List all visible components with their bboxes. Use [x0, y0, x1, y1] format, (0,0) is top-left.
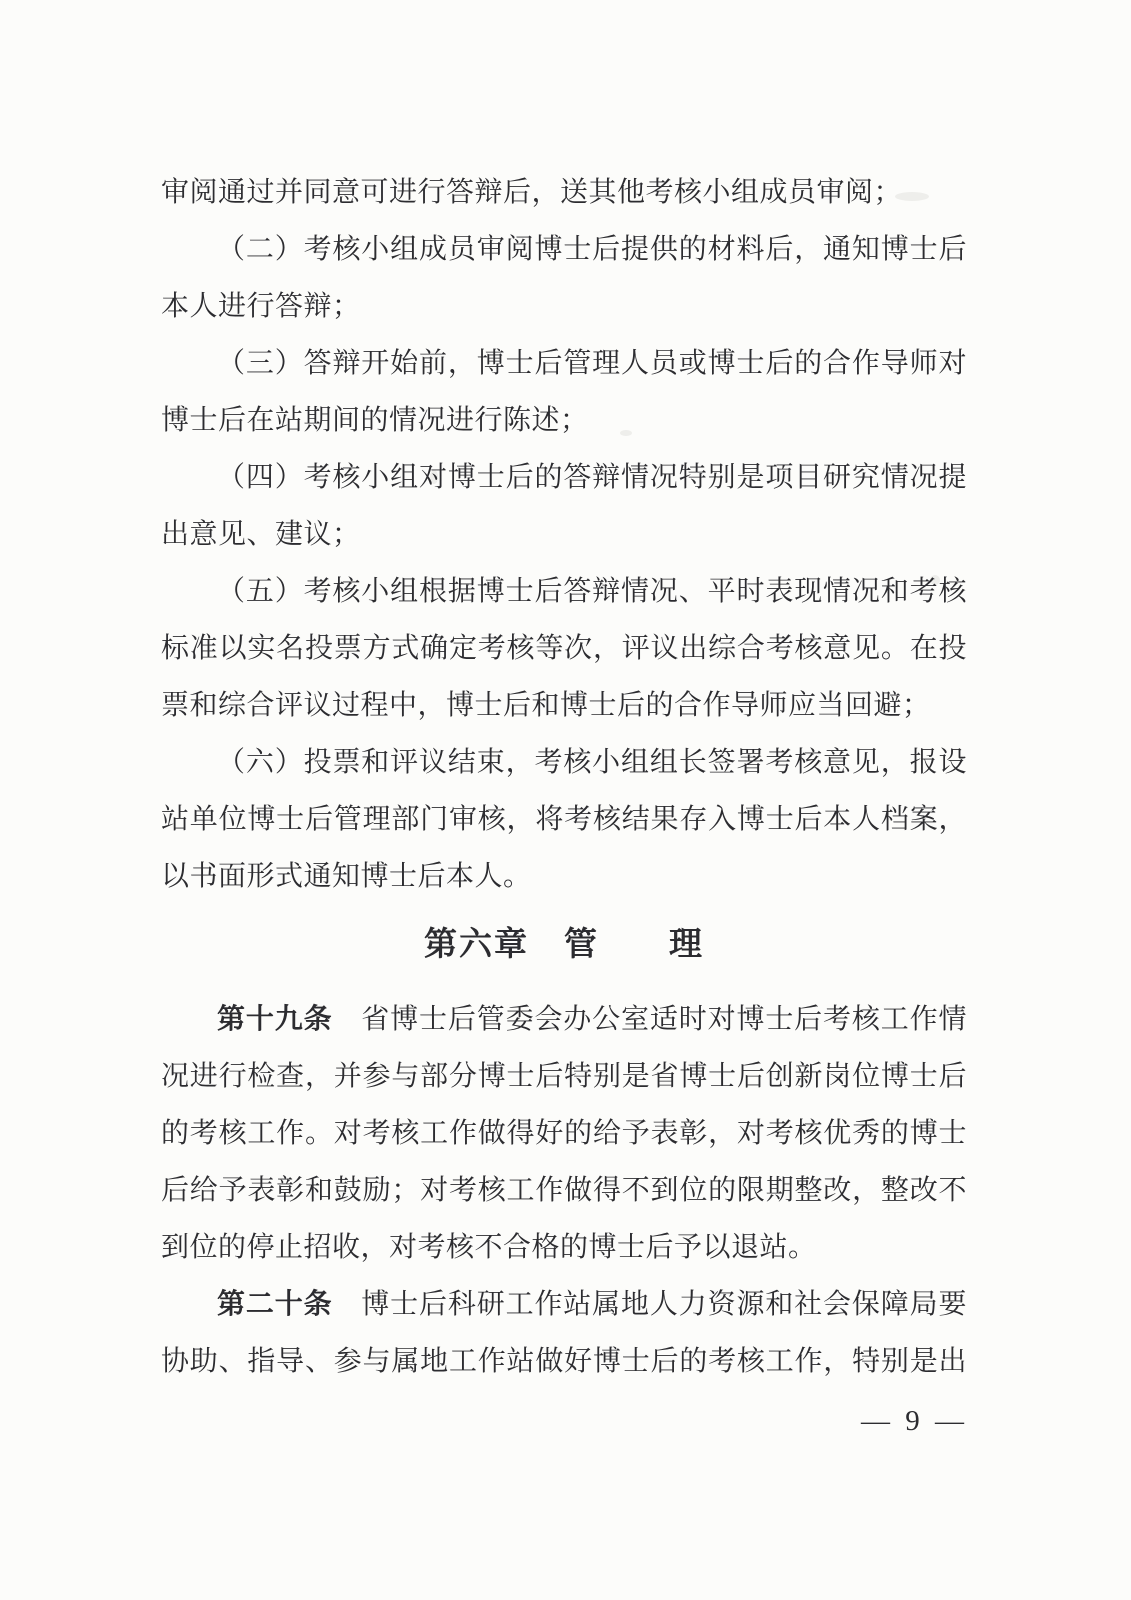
document-line: 到位的停止招收，对考核不合格的博士后予以退站。 [161, 1219, 967, 1276]
document-line article-20-first-line: 第二十条 博士后科研工作站属地人力资源和社会保障局要 [161, 1276, 967, 1333]
document-line: 的考核工作。对考核工作做得好的给予表彰，对考核优秀的博士 [161, 1105, 967, 1162]
page-number: — 9 — [861, 1405, 968, 1438]
document-line article-19-first-line: 第十九条 省博士后管委会办公室适时对博士后考核工作情 [161, 991, 967, 1048]
document-line: （三）答辩开始前，博士后管理人员或博士后的合作导师对 [161, 335, 967, 392]
document-line: 本人进行答辩； [161, 278, 967, 335]
document-line: 以书面形式通知博士后本人。 [161, 848, 967, 905]
document-line: 协助、指导、参与属地工作站做好博士后的考核工作，特别是出 [161, 1333, 967, 1390]
document-line: 站单位博士后管理部门审核，将考核结果存入博士后本人档案， [161, 791, 967, 848]
article-number: 第二十条 [217, 1289, 332, 1320]
article-text: 博士后科研工作站属地人力资源和社会保障局要 [332, 1289, 967, 1320]
document-line: 票和综合评议过程中，博士后和博士后的合作导师应当回避； [161, 677, 967, 734]
document-line: 博士后在站期间的情况进行陈述； [161, 392, 967, 449]
document-body: 审阅通过并同意可进行答辩后，送其他考核小组成员审阅； （二）考核小组成员审阅博士… [161, 164, 967, 1390]
document-line: （四）考核小组对博士后的答辩情况特别是项目研究情况提 [161, 449, 967, 506]
document-line: （五）考核小组根据博士后答辩情况、平时表现情况和考核 [161, 563, 967, 620]
document-line: 出意见、建议； [161, 506, 967, 563]
article-text: 省博士后管委会办公室适时对博士后考核工作情 [332, 1004, 967, 1035]
scanned-document-page: 审阅通过并同意可进行答辩后，送其他考核小组成员审阅； （二）考核小组成员审阅博士… [0, 0, 1131, 1600]
document-line: 况进行检查，并参与部分博士后特别是省博士后创新岗位博士后 [161, 1048, 967, 1105]
document-line: （六）投票和评议结束，考核小组组长签署考核意见，报设 [161, 734, 967, 791]
chapter-heading: 第六章 管 理 [161, 917, 967, 974]
document-line: （二）考核小组成员审阅博士后提供的材料后，通知博士后 [161, 221, 967, 278]
document-line: 后给予表彰和鼓励；对考核工作做得不到位的限期整改，整改不 [161, 1162, 967, 1219]
document-line: 标准以实名投票方式确定考核等次，评议出综合考核意见。在投 [161, 620, 967, 677]
article-number: 第十九条 [217, 1004, 332, 1035]
document-line: 审阅通过并同意可进行答辩后，送其他考核小组成员审阅； [161, 164, 967, 221]
